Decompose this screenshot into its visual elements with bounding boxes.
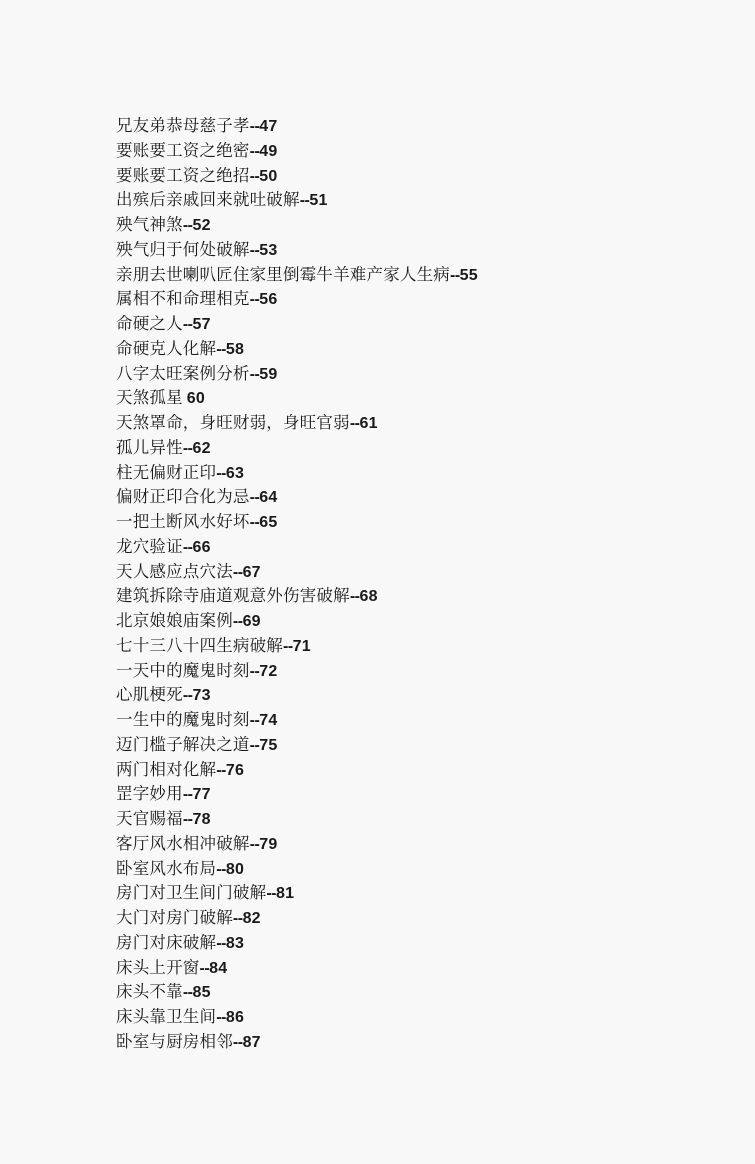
entry-title: 卧室与厨房相邻	[116, 1032, 233, 1051]
entry-separator: --	[233, 910, 243, 927]
entry-title: 天煞罩命，身旺财弱，身旺官弱	[116, 413, 350, 432]
entry-page-number: 59	[259, 366, 277, 383]
entry-title: 天煞孤星	[116, 388, 183, 407]
entry-title: 命硬之人	[116, 314, 183, 333]
toc-entry: 龙穴验证--66	[116, 535, 478, 560]
entry-page-number: 85	[192, 984, 210, 1001]
entry-separator: --	[216, 935, 226, 952]
document-page: 兄友弟恭母慈子孝--47 要账要工资之绝密--49 要账要工资之绝招--50 出…	[0, 0, 755, 1164]
toc-entry: 出殡后亲戚回来就吐破解--51	[116, 188, 478, 213]
entry-title: 天人感应点穴法	[116, 562, 233, 581]
toc-entry: 命硬之人--57	[116, 312, 478, 337]
table-of-contents: 兄友弟恭母慈子孝--47 要账要工资之绝密--49 要账要工资之绝招--50 出…	[116, 114, 478, 1055]
entry-separator: --	[216, 1009, 226, 1026]
entry-separator: --	[250, 489, 260, 506]
entry-title: 要账要工资之绝密	[116, 141, 250, 160]
entry-separator: --	[266, 885, 276, 902]
entry-separator: --	[250, 712, 260, 729]
entry-page-number: 86	[226, 1009, 244, 1026]
entry-title: 要账要工资之绝招	[116, 166, 250, 185]
entry-page-number: 77	[192, 786, 210, 803]
entry-page-number: 58	[226, 341, 244, 358]
entry-title: 八字太旺案例分析	[116, 364, 250, 383]
entry-title: 孤儿异性	[116, 438, 183, 457]
entry-separator: --	[250, 242, 260, 259]
entry-page-number: 53	[259, 242, 277, 259]
entry-separator: --	[233, 564, 243, 581]
entry-separator: --	[250, 836, 260, 853]
entry-title: 龙穴验证	[116, 537, 183, 556]
entry-title: 命硬克人化解	[116, 339, 216, 358]
toc-entry: 一生中的魔鬼时刻--74	[116, 708, 478, 733]
entry-page-number: 84	[209, 960, 227, 977]
toc-entry: 要账要工资之绝招--50	[116, 164, 478, 189]
toc-entry: 房门对床破解--83	[116, 931, 478, 956]
entry-separator: --	[233, 613, 243, 630]
entry-title: 偏财正印合化为忌	[116, 487, 250, 506]
toc-entry: 床头靠卫生间--86	[116, 1005, 478, 1030]
toc-entry: 天人感应点穴法--67	[116, 560, 478, 585]
entry-separator: --	[216, 465, 226, 482]
toc-entry: 亲朋去世喇叭匠住家里倒霉牛羊难产家人生病--55	[116, 263, 478, 288]
entry-page-number: 74	[259, 712, 277, 729]
entry-title: 床头靠卫生间	[116, 1007, 216, 1026]
entry-page-number: 63	[226, 465, 244, 482]
entry-separator: --	[250, 514, 260, 531]
entry-page-number: 69	[243, 613, 261, 630]
entry-separator: --	[250, 143, 260, 160]
entry-separator: --	[250, 118, 260, 135]
entry-separator: --	[250, 737, 260, 754]
toc-entry: 八字太旺案例分析--59	[116, 362, 478, 387]
entry-title: 两门相对化解	[116, 760, 216, 779]
toc-entry: 孤儿异性--62	[116, 436, 478, 461]
toc-entry: 迈门槛子解决之道--75	[116, 733, 478, 758]
entry-title: 床头上开窗	[116, 958, 200, 977]
entry-title: 天官赐福	[116, 809, 183, 828]
entry-page-number: 60	[187, 390, 205, 407]
entry-separator: --	[300, 192, 310, 209]
entry-page-number: 75	[259, 737, 277, 754]
entry-separator: --	[216, 762, 226, 779]
entry-page-number: 65	[259, 514, 277, 531]
entry-title: 柱无偏财正印	[116, 463, 216, 482]
entry-title: 罡字妙用	[116, 784, 183, 803]
entry-separator: --	[216, 341, 226, 358]
toc-entry: 柱无偏财正印--63	[116, 461, 478, 486]
entry-title: 殃气神煞	[116, 215, 183, 234]
toc-entry: 房门对卫生间门破解--81	[116, 881, 478, 906]
entry-title: 七十三八十四生病破解	[116, 636, 283, 655]
entry-separator: --	[283, 638, 293, 655]
entry-separator: --	[250, 291, 260, 308]
toc-entry: 卧室风水布局--80	[116, 857, 478, 882]
entry-page-number: 81	[276, 885, 294, 902]
entry-page-number: 73	[192, 687, 210, 704]
entry-title: 亲朋去世喇叭匠住家里倒霉牛羊难产家人生病	[116, 265, 450, 284]
entry-page-number: 80	[226, 861, 244, 878]
entry-separator: --	[216, 861, 226, 878]
entry-page-number: 62	[192, 440, 210, 457]
entry-title: 房门对床破解	[116, 933, 216, 952]
toc-entry: 床头不靠--85	[116, 980, 478, 1005]
entry-title: 床头不靠	[116, 982, 183, 1001]
entry-title: 殃气归于何处破解	[116, 240, 250, 259]
toc-entry: 殃气神煞--52	[116, 213, 478, 238]
entry-page-number: 66	[192, 539, 210, 556]
entry-page-number: 72	[259, 663, 277, 680]
toc-entry: 卧室与厨房相邻--87	[116, 1030, 478, 1055]
entry-title: 迈门槛子解决之道	[116, 735, 250, 754]
entry-separator: --	[200, 960, 210, 977]
entry-separator: --	[250, 663, 260, 680]
entry-title: 建筑拆除寺庙道观意外伤害破解	[116, 586, 350, 605]
entry-title: 出殡后亲戚回来就吐破解	[116, 190, 300, 209]
entry-title: 心肌梗死	[116, 685, 183, 704]
entry-title: 大门对房门破解	[116, 908, 233, 927]
entry-page-number: 87	[243, 1034, 261, 1051]
entry-title: 客厅风水相冲破解	[116, 834, 250, 853]
entry-title: 卧室风水布局	[116, 859, 216, 878]
entry-page-number: 50	[259, 168, 277, 185]
toc-entry: 殃气归于何处破解--53	[116, 238, 478, 263]
toc-entry: 天煞罩命，身旺财弱，身旺官弱--61	[116, 411, 478, 436]
toc-entry: 罡字妙用--77	[116, 782, 478, 807]
entry-title: 北京娘娘庙案例	[116, 611, 233, 630]
entry-page-number: 67	[243, 564, 261, 581]
entry-page-number: 51	[309, 192, 327, 209]
entry-page-number: 57	[192, 316, 210, 333]
toc-entry: 要账要工资之绝密--49	[116, 139, 478, 164]
entry-title: 房门对卫生间门破解	[116, 883, 266, 902]
entry-separator: --	[250, 168, 260, 185]
entry-page-number: 82	[243, 910, 261, 927]
entry-page-number: 68	[359, 588, 377, 605]
entry-page-number: 71	[293, 638, 311, 655]
entry-title: 一生中的魔鬼时刻	[116, 710, 250, 729]
toc-entry: 七十三八十四生病破解--71	[116, 634, 478, 659]
entry-page-number: 76	[226, 762, 244, 779]
entry-page-number: 79	[259, 836, 277, 853]
entry-page-number: 49	[259, 143, 277, 160]
entry-separator: --	[450, 267, 460, 284]
entry-title: 兄友弟恭母慈子孝	[116, 116, 250, 135]
toc-entry: 心肌梗死--73	[116, 683, 478, 708]
entry-title: 属相不和命理相克	[116, 289, 250, 308]
toc-entry: 偏财正印合化为忌--64	[116, 485, 478, 510]
entry-page-number: 64	[259, 489, 277, 506]
entry-page-number: 83	[226, 935, 244, 952]
toc-entry: 属相不和命理相克--56	[116, 287, 478, 312]
toc-entry: 客厅风水相冲破解--79	[116, 832, 478, 857]
entry-page-number: 47	[259, 118, 277, 135]
toc-entry: 命硬克人化解--58	[116, 337, 478, 362]
entry-page-number: 61	[359, 415, 377, 432]
toc-entry: 兄友弟恭母慈子孝--47	[116, 114, 478, 139]
toc-entry: 天官赐福--78	[116, 807, 478, 832]
entry-page-number: 56	[259, 291, 277, 308]
toc-entry: 天煞孤星 60	[116, 386, 478, 411]
toc-entry: 建筑拆除寺庙道观意外伤害破解--68	[116, 584, 478, 609]
entry-title: 一天中的魔鬼时刻	[116, 661, 250, 680]
entry-page-number: 52	[192, 217, 210, 234]
entry-page-number: 78	[192, 811, 210, 828]
entry-title: 一把土断风水好坏	[116, 512, 250, 531]
entry-page-number: 55	[460, 267, 478, 284]
toc-entry: 床头上开窗--84	[116, 956, 478, 981]
entry-separator: --	[233, 1034, 243, 1051]
entry-separator: --	[250, 366, 260, 383]
toc-entry: 一把土断风水好坏--65	[116, 510, 478, 535]
toc-entry: 一天中的魔鬼时刻--72	[116, 659, 478, 684]
toc-entry: 两门相对化解--76	[116, 758, 478, 783]
toc-entry: 北京娘娘庙案例--69	[116, 609, 478, 634]
toc-entry: 大门对房门破解--82	[116, 906, 478, 931]
